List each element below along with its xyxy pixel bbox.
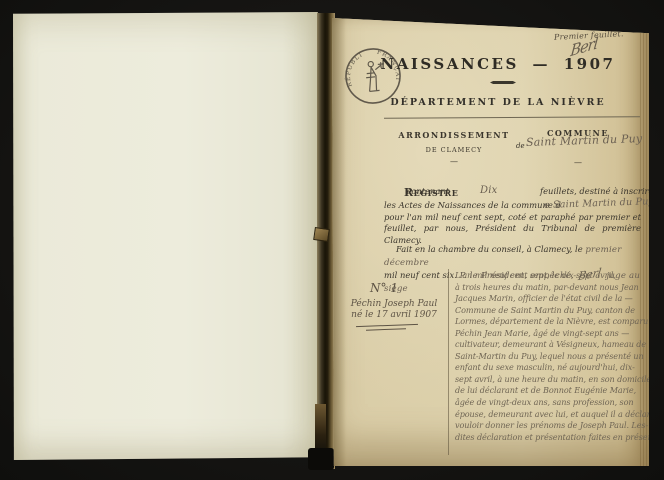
- right-page: Premier feuillet. Berl RÉPUBLIQUE FRANÇA…: [332, 18, 649, 466]
- act-line: vouloir donner les prénoms de Joseph Pau…: [455, 420, 641, 432]
- commune-prefix: de: [516, 142, 525, 150]
- arrondissement-dash: —: [390, 157, 518, 166]
- act-line: de lui déclarant et de Bonnot Eugénie Ma…: [455, 385, 641, 397]
- margin-child-name: Péchin Joseph Paul: [351, 299, 437, 309]
- act-line: Lormes, département de la Nièvre, est co…: [455, 316, 641, 328]
- act-line: Jacques Marin, officier de l'état civil …: [455, 293, 641, 305]
- arrondissement-label: ARRONDISSEMENT: [390, 130, 518, 140]
- act-line: épouse, demeurant avec lui, et auquel il…: [455, 409, 641, 421]
- registre-feuillet-count: Dix: [480, 185, 497, 196]
- registre-line: feuillet, par nous, Président du Tribuna…: [384, 223, 641, 234]
- act-line: à trois heures du matin, par-devant nous…: [455, 282, 641, 294]
- act-line: sept avril, à une heure du matin, en son…: [455, 374, 641, 386]
- binding-foot-shadow: [308, 448, 334, 470]
- commune-value: Saint Martin du Puy: [526, 132, 643, 149]
- arrondissement-value: DE CLAMECY: [390, 146, 518, 154]
- act-line: Saint-Martin du Puy, lequel nous a prése…: [455, 351, 641, 363]
- act-line: enfant du sexe masculin, né aujourd'hui,…: [455, 362, 641, 374]
- page-stack-edge: [640, 18, 649, 466]
- act-line: âgée de vingt-deux ans, sans profession,…: [455, 397, 641, 409]
- registre-line: pour l'an mil neuf cent sept, coté et pa…: [384, 212, 641, 223]
- left-page: [13, 12, 319, 460]
- header-rule: [384, 116, 640, 119]
- page-title: NAISSANCES — 1907: [348, 55, 648, 73]
- act-line: dites déclaration et présentation faites…: [455, 432, 641, 444]
- commune-dash: —: [514, 158, 642, 167]
- act-line: Péchin Jean Marie, âgé de vingt-sept ans…: [455, 328, 641, 340]
- act-line: Commune de Saint Martin du Puy, canton d…: [455, 305, 641, 317]
- registre-commune-hand: e Saint Martin du Puy,: [544, 196, 656, 211]
- margin-underline: [366, 328, 406, 330]
- act-line: cultivateur, demeurant à Vésigneux, hame…: [455, 339, 641, 351]
- act-number: N° 1: [370, 281, 398, 295]
- binding-clasp-top: [313, 227, 330, 242]
- registre-word: Registre contenant: [404, 186, 407, 196]
- margin-birth-date: né le 17 avril 1907: [351, 310, 437, 320]
- act-margin-note: Péchin Joseph Paul né le 17 avril 1907: [342, 299, 446, 321]
- act-text: L'an mil neuf cent sept, le dix-sept avr…: [455, 270, 641, 443]
- act-margin-rule: [448, 269, 449, 455]
- department-heading: DÉPARTEMENT DE LA NIÈVRE: [348, 97, 648, 108]
- title-divider: [490, 81, 516, 84]
- margin-underline: [356, 324, 418, 327]
- act-line: L'an mil neuf cent sept, le dix-sept avr…: [455, 270, 641, 282]
- book-scan: Premier feuillet. Berl RÉPUBLIQUE FRANÇA…: [0, 0, 664, 480]
